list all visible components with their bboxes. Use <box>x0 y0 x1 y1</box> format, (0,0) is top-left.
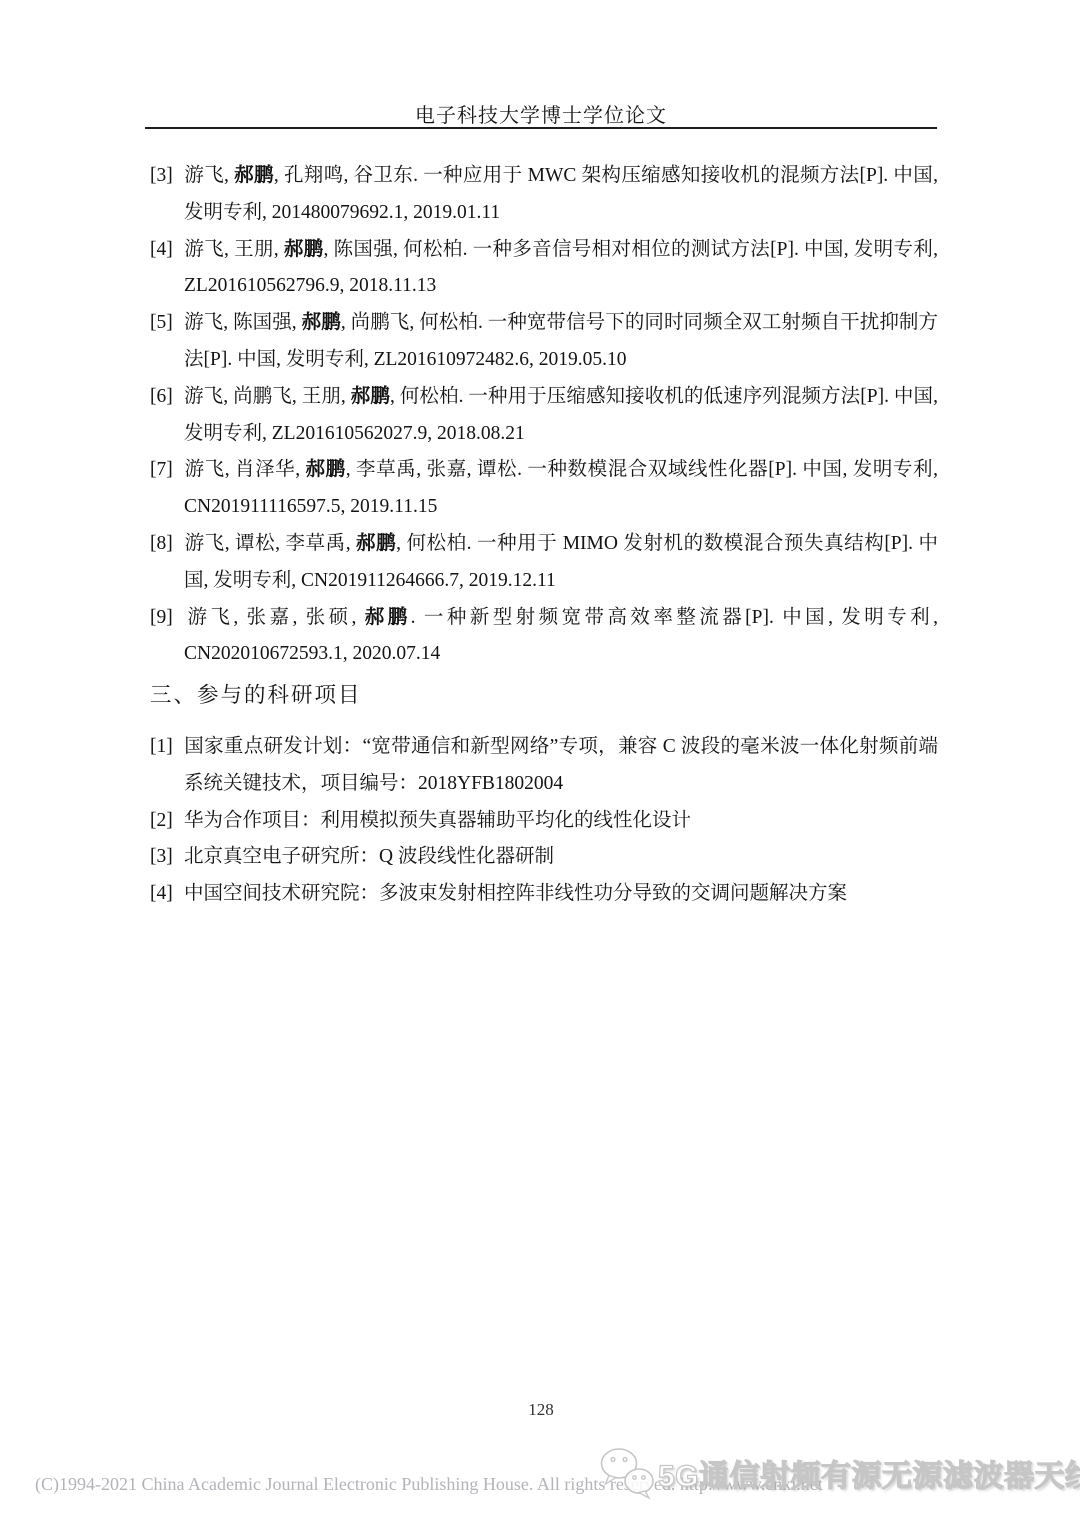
patent-reference-item: [3]游飞, 郝鹏, 孔翔鸣, 谷卫东. 一种应用于 MWC 架构压缩感知接收机… <box>150 158 938 232</box>
patent-reference-item: [7]游飞, 肖泽华, 郝鹏, 李草禹, 张嘉, 谭松. 一种数模混合双域线性化… <box>150 452 938 526</box>
reference-number: [7] <box>150 452 184 489</box>
project-text: 华为合作项目：利用模拟预失真器辅助平均化的线性化设计 <box>184 810 691 831</box>
author-highlight: 郝鹏 <box>365 607 411 628</box>
project-text: 北京真空电子研究所：Q 波段线性化器研制 <box>184 846 554 867</box>
reference-text-post: , 孔翔鸣, 谷卫东. 一种应用于 MWC 架构压缩感知接收机的混频方法[P].… <box>184 165 938 223</box>
project-item: [3]北京真空电子研究所：Q 波段线性化器研制 <box>150 839 938 876</box>
author-highlight: 郝鹏 <box>306 459 346 480</box>
patent-reference-item: [9]游飞, 张嘉, 张硕, 郝鹏. 一种新型射频宽带高效率整流器[P]. 中国… <box>150 600 938 674</box>
project-item: [1]国家重点研发计划：“宽带通信和新型网络”专项，兼容 C 波段的毫米波一体化… <box>150 729 938 803</box>
project-text: 中国空间技术研究院：多波束发射相控阵非线性功分导致的交调问题解决方案 <box>184 883 847 904</box>
patent-reference-list: [3]游飞, 郝鹏, 孔翔鸣, 谷卫东. 一种应用于 MWC 架构压缩感知接收机… <box>150 158 938 673</box>
page-header-title: 电子科技大学博士学位论文 <box>145 99 937 128</box>
project-number: [2] <box>150 803 184 840</box>
project-item: [4]中国空间技术研究院：多波束发射相控阵非线性功分导致的交调问题解决方案 <box>150 876 938 913</box>
reference-text-pre: 游飞, <box>184 165 234 186</box>
patent-reference-item: [8]游飞, 谭松, 李草禹, 郝鹏, 何松柏. 一种用于 MIMO 发射机的数… <box>150 526 938 600</box>
patent-reference-item: [6]游飞, 尚鹏飞, 王朋, 郝鹏, 何松柏. 一种用于压缩感知接收机的低速序… <box>150 379 938 453</box>
patent-reference-item: [5]游飞, 陈国强, 郝鹏, 尚鹏飞, 何松柏. 一种宽带信号下的同时同频全双… <box>150 305 938 379</box>
reference-number: [3] <box>150 158 184 195</box>
page-number: 128 <box>145 1400 937 1420</box>
project-number: [3] <box>150 839 184 876</box>
wechat-icon <box>598 1446 656 1500</box>
project-number: [1] <box>150 729 184 766</box>
reference-text-pre: 游飞, 肖泽华, <box>184 459 306 480</box>
watermark-text: 5G通信射频有源无源滤波器天线 <box>658 1451 1080 1495</box>
author-highlight: 郝鹏 <box>234 165 274 186</box>
author-highlight: 郝鹏 <box>356 533 396 554</box>
reference-number: [5] <box>150 305 184 342</box>
reference-text-pre: 游飞, 王朋, <box>184 239 284 260</box>
section-heading: 三、参与的科研项目 <box>150 678 362 709</box>
dissertation-page: 电子科技大学博士学位论文 [3]游飞, 郝鹏, 孔翔鸣, 谷卫东. 一种应用于 … <box>0 0 1080 1527</box>
reference-number: [9] <box>150 600 184 637</box>
reference-text-pre: 游飞, 陈国强, <box>184 312 302 333</box>
author-highlight: 郝鹏 <box>284 239 324 260</box>
research-project-list: [1]国家重点研发计划：“宽带通信和新型网络”专项，兼容 C 波段的毫米波一体化… <box>150 729 938 913</box>
reference-text-pre: 游飞, 张嘉, 张硕, <box>184 607 365 628</box>
patent-reference-item: [4]游飞, 王朋, 郝鹏, 陈国强, 何松柏. 一种多音信号相对相位的测试方法… <box>150 232 938 306</box>
reference-number: [4] <box>150 232 184 269</box>
project-item: [2]华为合作项目：利用模拟预失真器辅助平均化的线性化设计 <box>150 803 938 840</box>
project-text: 国家重点研发计划：“宽带通信和新型网络”专项，兼容 C 波段的毫米波一体化射频前… <box>184 736 938 794</box>
reference-text-pre: 游飞, 谭松, 李草禹, <box>184 533 356 554</box>
header-divider <box>145 127 937 129</box>
watermark: 5G通信射频有源无源滤波器天线 <box>598 1446 1080 1500</box>
reference-number: [8] <box>150 526 184 563</box>
author-highlight: 郝鹏 <box>351 386 390 407</box>
project-number: [4] <box>150 876 184 913</box>
reference-text-pre: 游飞, 尚鹏飞, 王朋, <box>184 386 351 407</box>
author-highlight: 郝鹏 <box>302 312 341 333</box>
reference-number: [6] <box>150 379 184 416</box>
